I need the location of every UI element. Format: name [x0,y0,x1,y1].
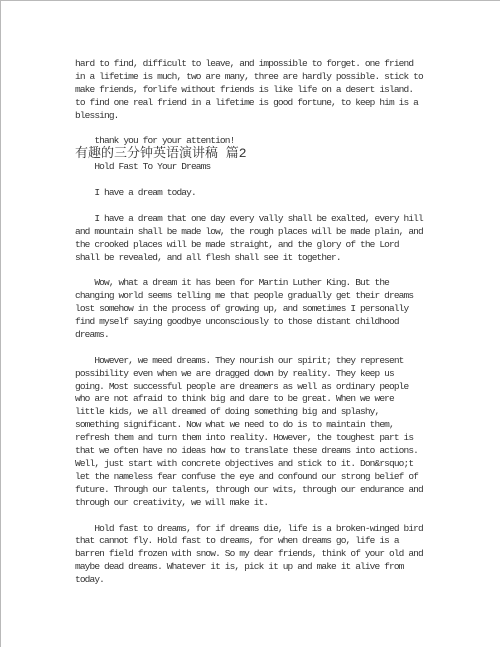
document-page: hard to find, difficult to leave, and im… [0,0,500,647]
text-column: hard to find, difficult to leave, and im… [75,58,445,587]
paragraph-friendship: hard to find, difficult to leave, and im… [75,58,445,123]
paragraph-mlk-dream: Wow, what a dream it has been for Martin… [75,277,445,342]
section-heading-chinese: 有趣的三分钟英语演讲稿 篇2 [75,148,445,161]
paragraph-dream-today: I have a dream today. [75,187,445,200]
paragraph-need-dreams: However, we meed dreams. They nourish ou… [75,355,445,510]
speech-title: Hold Fast To Your Dreams [75,161,445,174]
paragraph-dream-exalted: I have a dream that one day every vally … [75,213,445,265]
paragraph-hold-fast: Hold fast to dreams, for if dreams die, … [75,523,445,588]
